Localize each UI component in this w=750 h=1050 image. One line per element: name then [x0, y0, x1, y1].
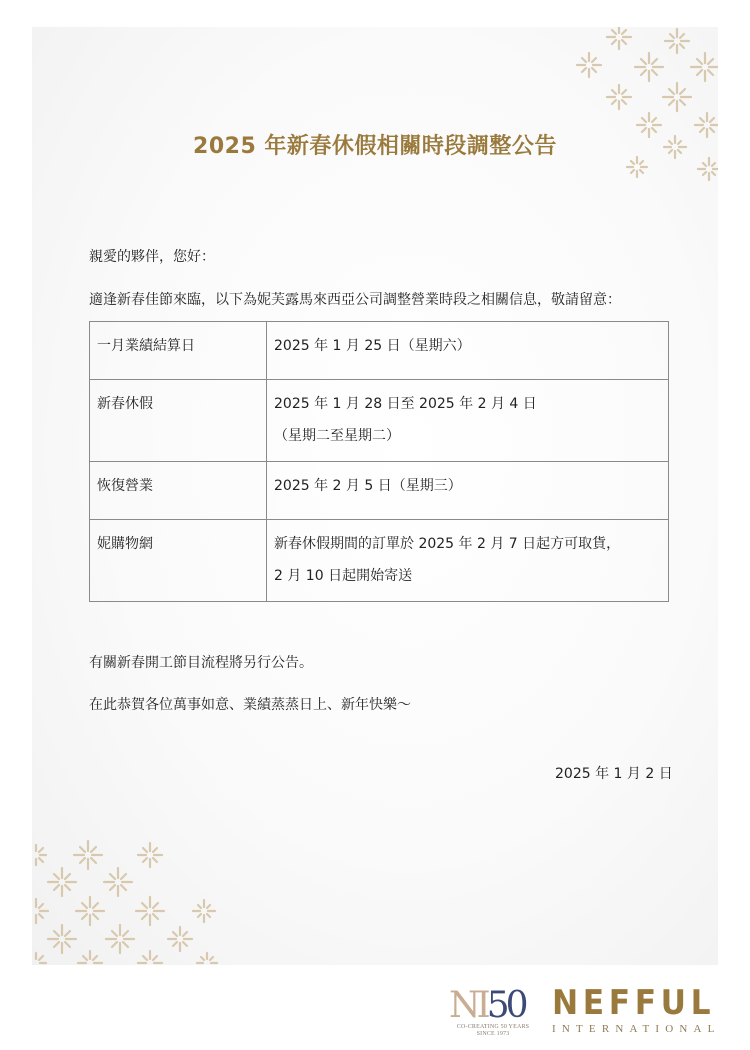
note-paragraph: 有關新春開工節目流程將另行公告。: [89, 652, 313, 672]
row-value-line: 2025 年 1 月 28 日至 2025 年 2 月 4 日: [274, 388, 661, 420]
schedule-table: 一月業績結算日 2025 年 1 月 25 日（星期六） 新春休假 2025 年…: [89, 321, 669, 602]
row-label: 恢復營業: [90, 462, 267, 520]
row-value-line: 2 月 10 日起開始寄送: [274, 560, 661, 592]
row-value-line: 2025 年 1 月 25 日（星期六）: [274, 330, 661, 362]
page-title: 2025 年新春休假相關時段調整公告: [32, 129, 718, 160]
company-name: NEFFUL: [552, 985, 707, 1021]
mark-ni: NI: [449, 985, 487, 1026]
table-row: 新春休假 2025 年 1 月 28 日至 2025 年 2 月 4 日 （星期…: [90, 380, 669, 462]
row-label: 新春休假: [90, 380, 267, 462]
row-label: 妮購物網: [90, 520, 267, 602]
row-value-line: 新春休假期間的訂單於 2025 年 2 月 7 日起方可取貨，: [274, 528, 661, 560]
greeting: 親愛的夥伴，您好：: [89, 246, 215, 266]
table-row: 妮購物網 新春休假期間的訂單於 2025 年 2 月 7 日起方可取貨， 2 月…: [90, 520, 669, 602]
wishes-paragraph: 在此恭賀各位萬事如意、業績蒸蒸日上、新年快樂～: [89, 694, 411, 714]
row-value: 2025 年 1 月 28 日至 2025 年 2 月 4 日 （星期二至星期二…: [267, 380, 669, 462]
row-value: 2025 年 2 月 5 日（星期三）: [267, 462, 669, 520]
anniversary-tagline: CO-CREATING 50 YEARS: [449, 1024, 537, 1031]
table-row: 一月業績結算日 2025 年 1 月 25 日（星期六）: [90, 322, 669, 380]
sparkle-ornament-bottom-left-icon: [32, 835, 222, 965]
mark-50: 50: [487, 985, 525, 1026]
table-row: 恢復營業 2025 年 2 月 5 日（星期三）: [90, 462, 669, 520]
anniversary-since: SINCE 1973: [449, 1031, 537, 1038]
row-label: 一月業績結算日: [90, 322, 267, 380]
company-logo: NEFFUL INTERNATIONAL: [552, 985, 720, 1035]
intro-paragraph: 適逢新春佳節來臨，以下為妮芙露馬來西亞公司調整營業時段之相關信息，敬請留意：: [89, 289, 621, 309]
anniversary-logo: NI50 CO-CREATING 50 YEARS SINCE 1973: [449, 988, 537, 1040]
row-value-line: 2025 年 2 月 5 日（星期三）: [274, 470, 661, 502]
sparkle-ornament-top-right-icon: [567, 27, 718, 187]
document-date: 2025 年 1 月 2 日: [555, 763, 673, 783]
row-value-line: （星期二至星期二）: [274, 420, 661, 452]
anniversary-mark: NI50: [449, 988, 537, 1024]
row-value: 新春休假期間的訂單於 2025 年 2 月 7 日起方可取貨， 2 月 10 日…: [267, 520, 669, 602]
row-value: 2025 年 1 月 25 日（星期六）: [267, 322, 669, 380]
company-subtitle: INTERNATIONAL: [552, 1023, 720, 1035]
